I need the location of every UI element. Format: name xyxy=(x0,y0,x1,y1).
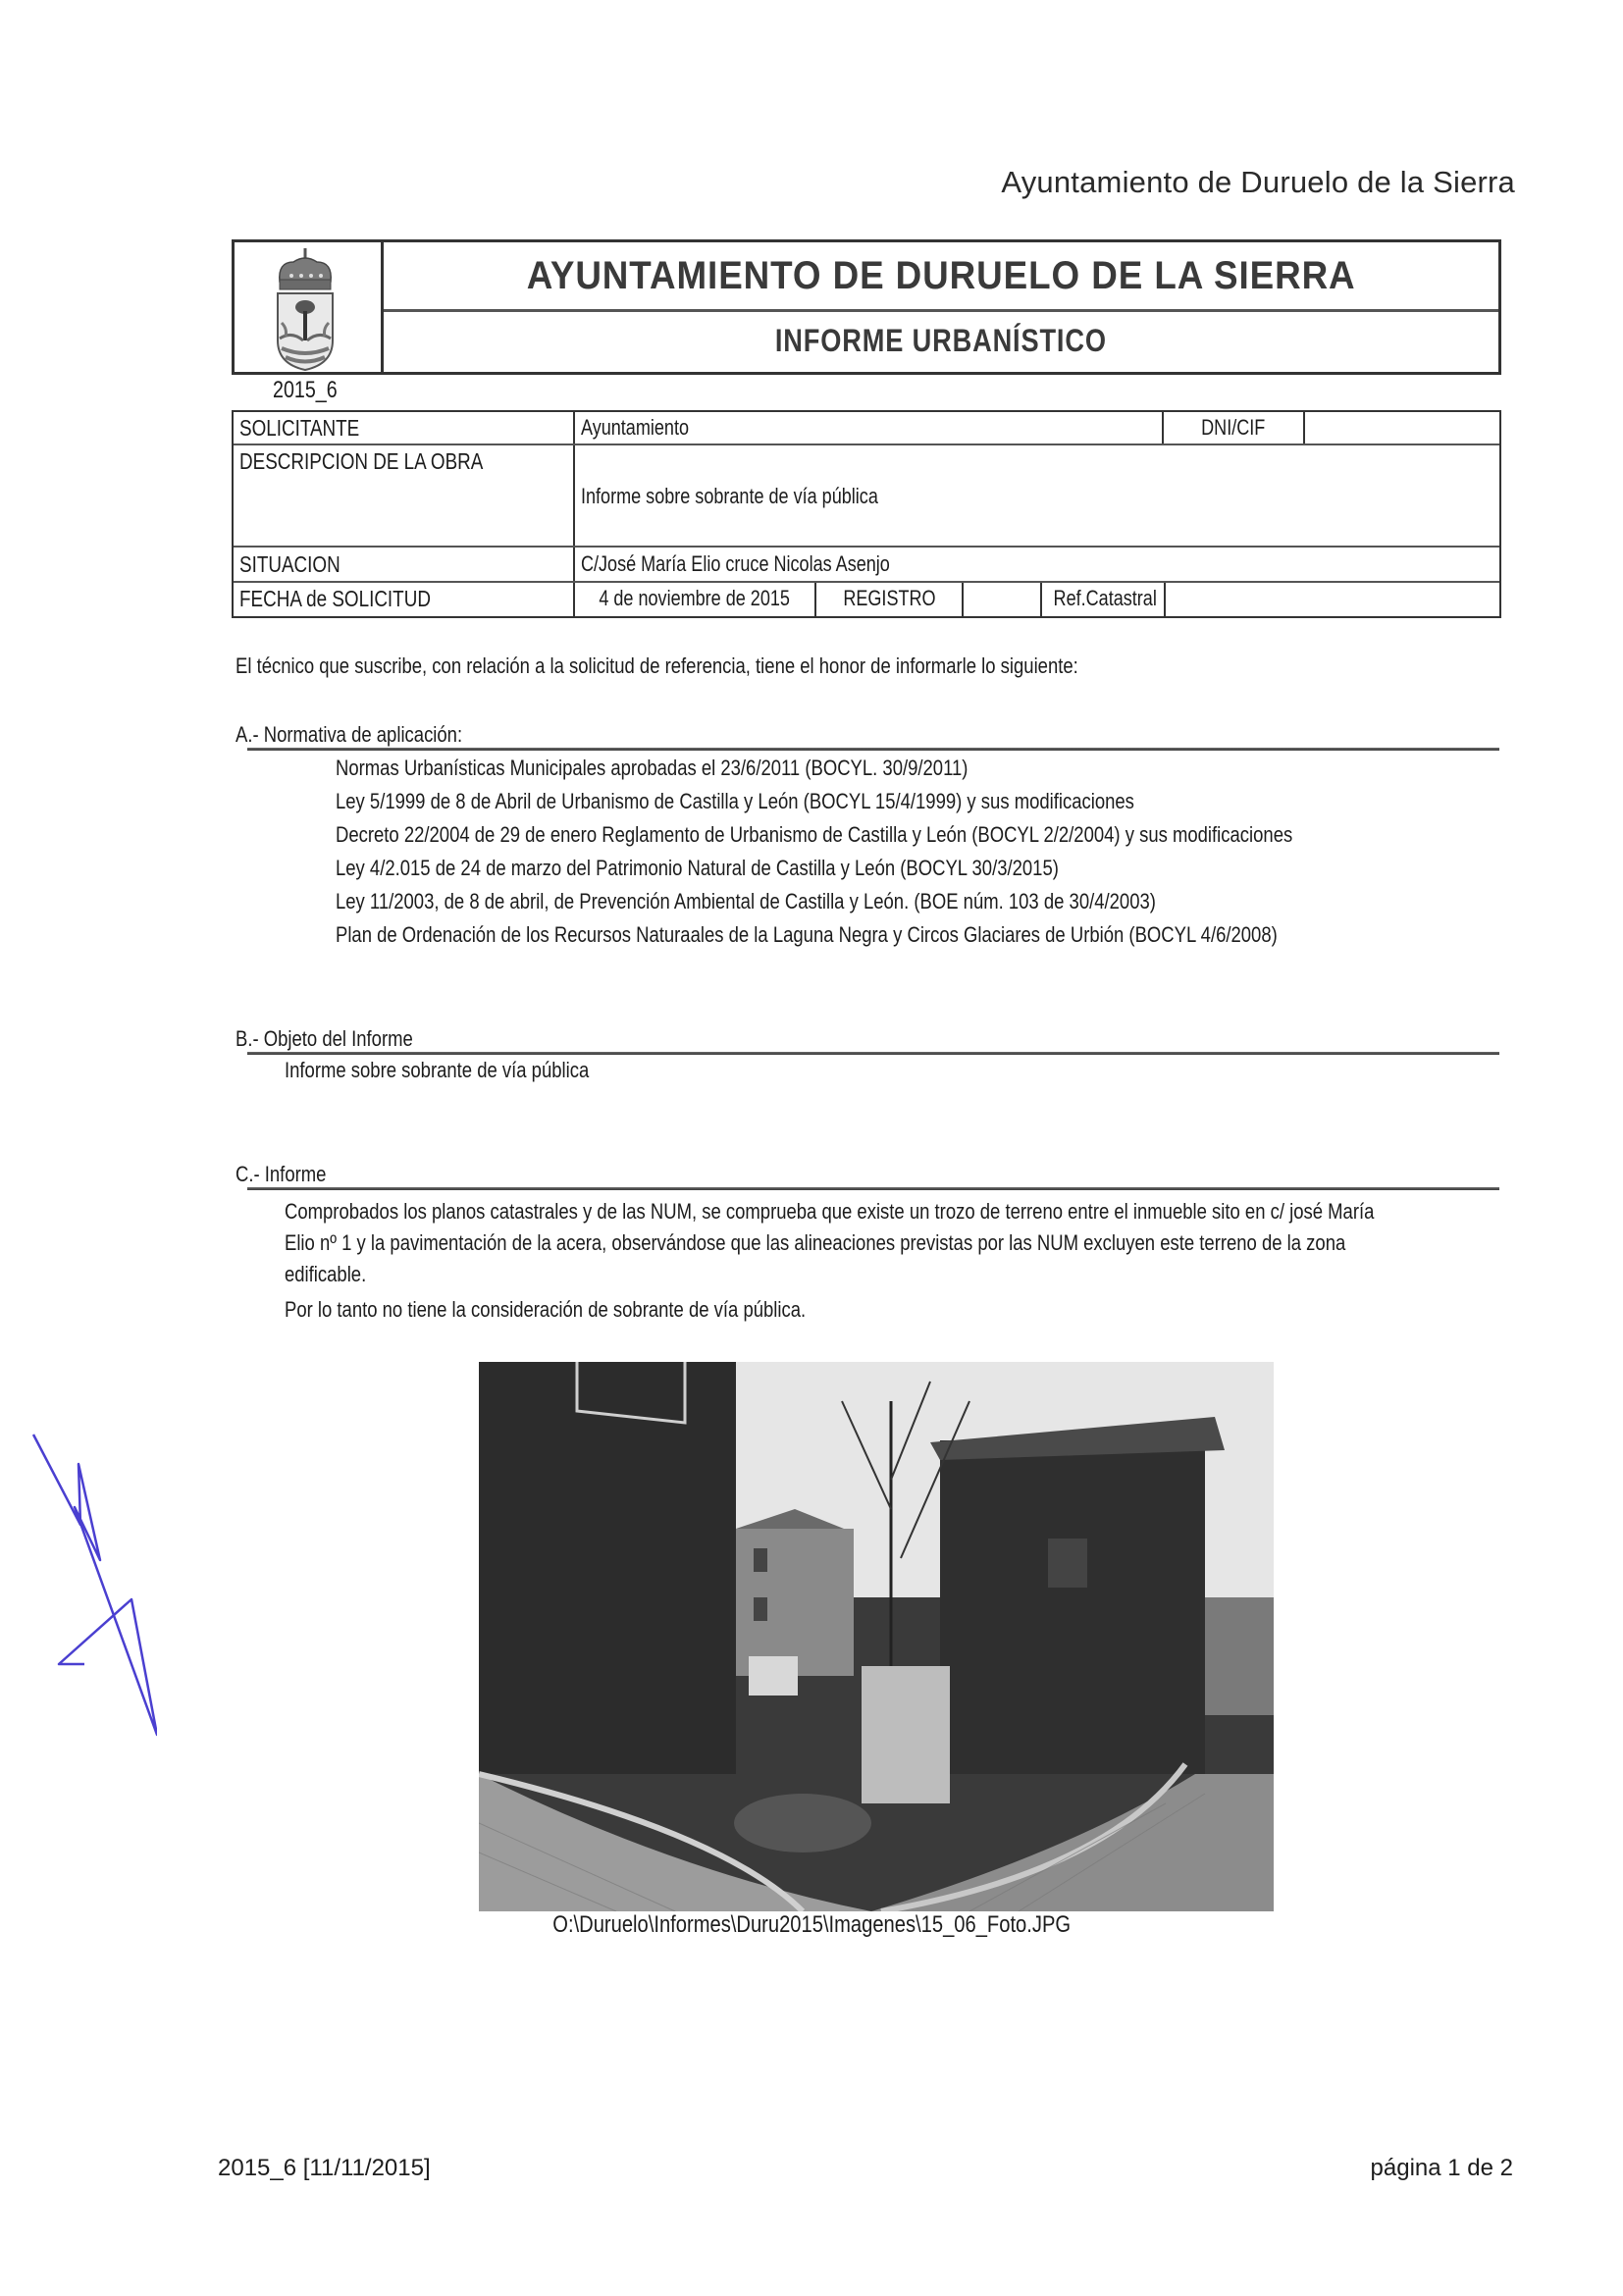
registro-label: REGISTRO xyxy=(843,583,935,614)
solicitante-value: Ayuntamiento xyxy=(581,412,689,444)
signature-icon xyxy=(20,1433,157,1747)
section-c-divider xyxy=(247,1187,1499,1190)
page-title: AYUNTAMIENTO DE DURUELO DE LA SIERRA xyxy=(527,254,1356,298)
site-photo xyxy=(479,1362,1274,1911)
page-number: página 1 de 2 xyxy=(1371,2155,1513,2182)
section-a-title: A.- Normativa de aplicación: xyxy=(236,722,505,748)
normativa-item: Plan de Ordenación de los Recursos Natur… xyxy=(336,922,1457,948)
normativa-item: Ley 11/2003, de 8 de abril, de Prevenció… xyxy=(336,889,1312,914)
intro-text: El técnico que suscribe, con relación a … xyxy=(236,653,1238,679)
catastral-value xyxy=(1164,583,1499,616)
dni-label: DNI/CIF xyxy=(1201,412,1265,444)
informe-line: Comprobados los planos catastrales y de … xyxy=(285,1199,1582,1225)
request-form-table: SOLICITANTE Ayuntamiento DNI/CIF DESCRIP… xyxy=(232,410,1501,618)
normativa-item: Ley 4/2.015 de 24 de marzo del Patrimoni… xyxy=(336,856,1196,881)
registro-value xyxy=(962,583,1040,616)
section-c-title: C.- Informe xyxy=(236,1162,343,1187)
row-situacion: SITUACION C/José María Elio cruce Nicola… xyxy=(234,548,1499,583)
document-header: AYUNTAMIENTO DE DURUELO DE LA SIERRA INF… xyxy=(232,239,1501,375)
normativa-item: Decreto 22/2004 de 29 de enero Reglament… xyxy=(336,822,1475,848)
situacion-label: SITUACION xyxy=(239,548,340,581)
section-a-divider xyxy=(247,748,1499,751)
section-b-text: Informe sobre sobrante de vía pública xyxy=(285,1058,647,1083)
normativa-item: Normas Urbanísticas Municipales aprobada… xyxy=(336,756,1088,781)
photo-caption: O:\Duruelo\Informes\Duru2015\Imagenes\15… xyxy=(0,1911,1623,1939)
section-b-divider xyxy=(247,1052,1499,1055)
row-solicitante: SOLICITANTE Ayuntamiento DNI/CIF xyxy=(234,412,1499,445)
row-fecha: FECHA de SOLICITUD 4 de noviembre de 201… xyxy=(234,583,1499,616)
informe-line: Por lo tanto no tiene la consideración d… xyxy=(285,1297,905,1323)
coat-of-arms-icon xyxy=(235,242,384,372)
solicitante-label: SOLICITANTE xyxy=(239,412,359,444)
normativa-item: Ley 5/1999 de 8 de Abril de Urbanismo de… xyxy=(336,789,1286,814)
situacion-value: C/José María Elio cruce Nicolas Asenjo xyxy=(581,548,890,581)
descripcion-value: Informe sobre sobrante de vía pública xyxy=(581,481,878,512)
informe-line: edificable. xyxy=(285,1262,382,1287)
catastral-label: Ref.Catastral xyxy=(1054,583,1157,614)
reference-code: 2015_6 xyxy=(273,377,338,404)
footer-reference: 2015_6 [11/11/2015] xyxy=(218,2155,431,2182)
descripcion-label: DESCRIPCION DE LA OBRA xyxy=(239,445,483,477)
fecha-value: 4 de noviembre de 2015 xyxy=(600,583,791,614)
row-descripcion: DESCRIPCION DE LA OBRA Informe sobre sob… xyxy=(234,445,1499,548)
informe-line: Elio nº 1 y la pavimentación de la acera… xyxy=(285,1230,1547,1256)
fecha-label: FECHA de SOLICITUD xyxy=(239,583,431,614)
page-subtitle: INFORME URBANÍSTICO xyxy=(775,323,1107,359)
section-b-title: B.- Objeto del Informe xyxy=(236,1026,446,1052)
running-head: Ayuntamiento de Duruelo de la Sierra xyxy=(1001,165,1515,200)
dni-value xyxy=(1303,412,1502,444)
